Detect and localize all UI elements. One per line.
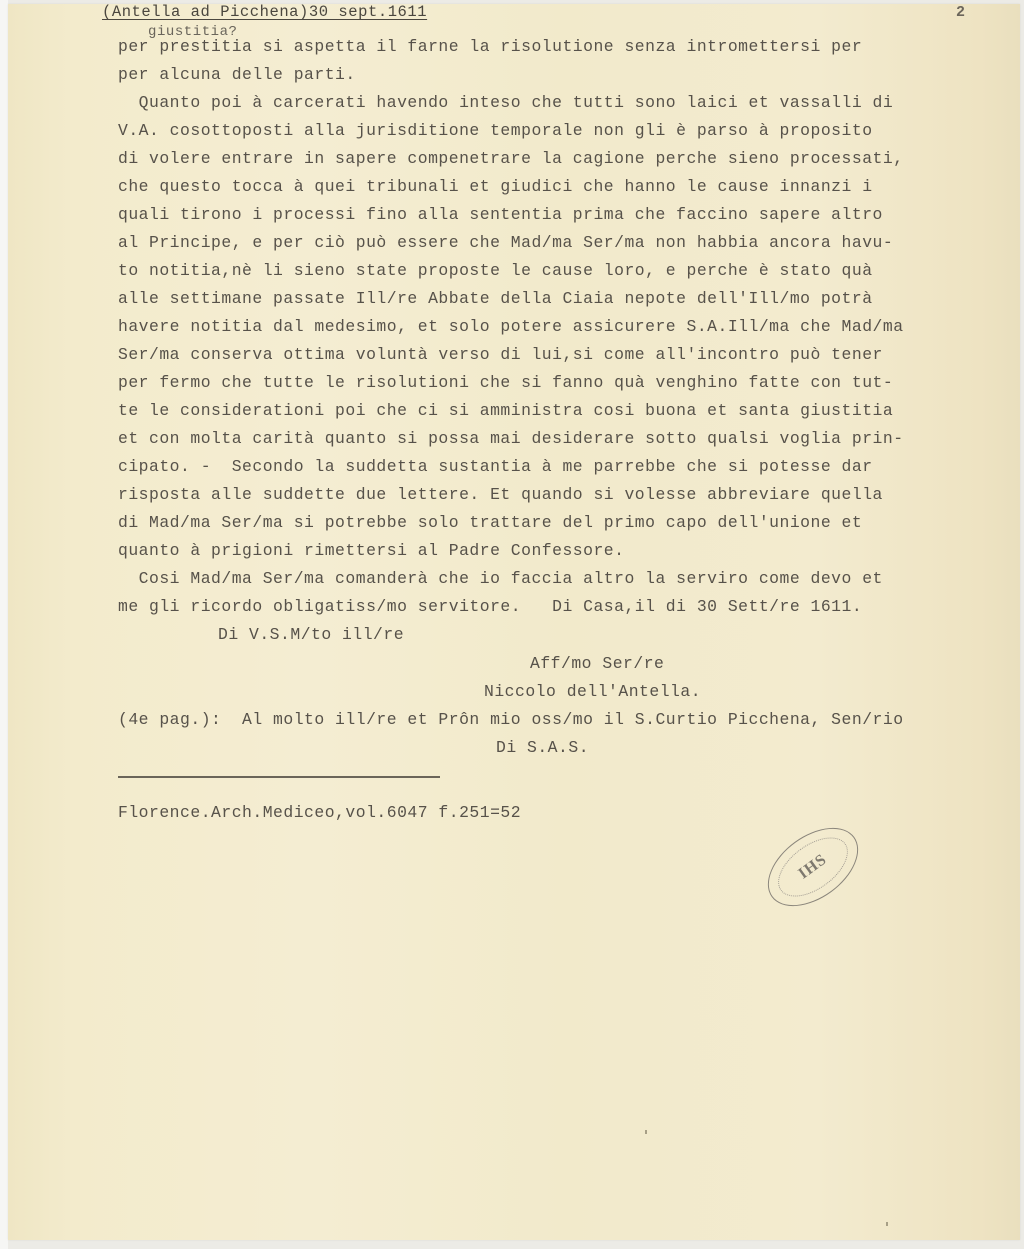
address-line-2: Di S.A.S. [496,738,589,757]
horizontal-rule [118,776,440,778]
signature: Niccolo dell'Antella. [484,682,701,701]
body-line: che questo tocca à quei tribunali et giu… [118,177,873,196]
page-number: 2 [956,4,966,21]
body-line: te le considerationi poi che ci si ammin… [118,401,893,420]
body-line: et con molta carità quanto si possa mai … [118,429,904,448]
body-line: quali tirono i processi fino alla senten… [118,205,883,224]
body-line: quanto à prigioni rimettersi al Padre Co… [118,541,624,560]
body-line: to notitia,nè li sieno state proposte le… [118,261,873,280]
body-line: di Mad/ma Ser/ma si potrebbe solo tratta… [118,513,862,532]
body-line: di volere entrare in sapere compenetrare… [118,149,904,168]
body-line: cipato. - Secondo la suddetta sustantia … [118,457,873,476]
closing: Aff/mo Ser/re [530,654,664,673]
paper-speck [886,1222,888,1226]
body-line: me gli ricordo obligatiss/mo servitore. … [118,597,862,616]
scanner-edge [0,0,8,1249]
paper-speck [645,1130,647,1134]
body-line: V.A. cosottoposti alla jurisditione temp… [118,121,873,140]
body-line: per prestitia si aspetta il farne la ris… [118,37,862,56]
body-line: havere notitia dal medesimo, et solo pot… [118,317,904,336]
body-line: per fermo che tutte le risolutioni che s… [118,373,893,392]
body-line: per alcuna delle parti. [118,65,356,84]
stamp-text: IHS [795,851,830,884]
address-line: (4e pag.): Al molto ill/re et Prôn mio o… [118,710,904,729]
body-line: risposta alle suddette due lettere. Et q… [118,485,883,504]
document-header: (Antella ad Picchena)30 sept.1611 [102,3,427,21]
body-line: al Principe, e per ciò può essere che Ma… [118,233,893,252]
body-line: Cosi Mad/ma Ser/ma comanderà che io facc… [118,569,883,588]
body-line: Ser/ma conserva ottima voluntà verso di … [118,345,883,364]
salutation: Di V.S.M/to ill/re [218,625,404,644]
body-line: alle settimane passate Ill/re Abbate del… [118,289,873,308]
body-line: Quanto poi à carcerati havendo inteso ch… [118,93,893,112]
archive-citation: Florence.Arch.Mediceo,vol.6047 f.251=52 [118,803,521,822]
